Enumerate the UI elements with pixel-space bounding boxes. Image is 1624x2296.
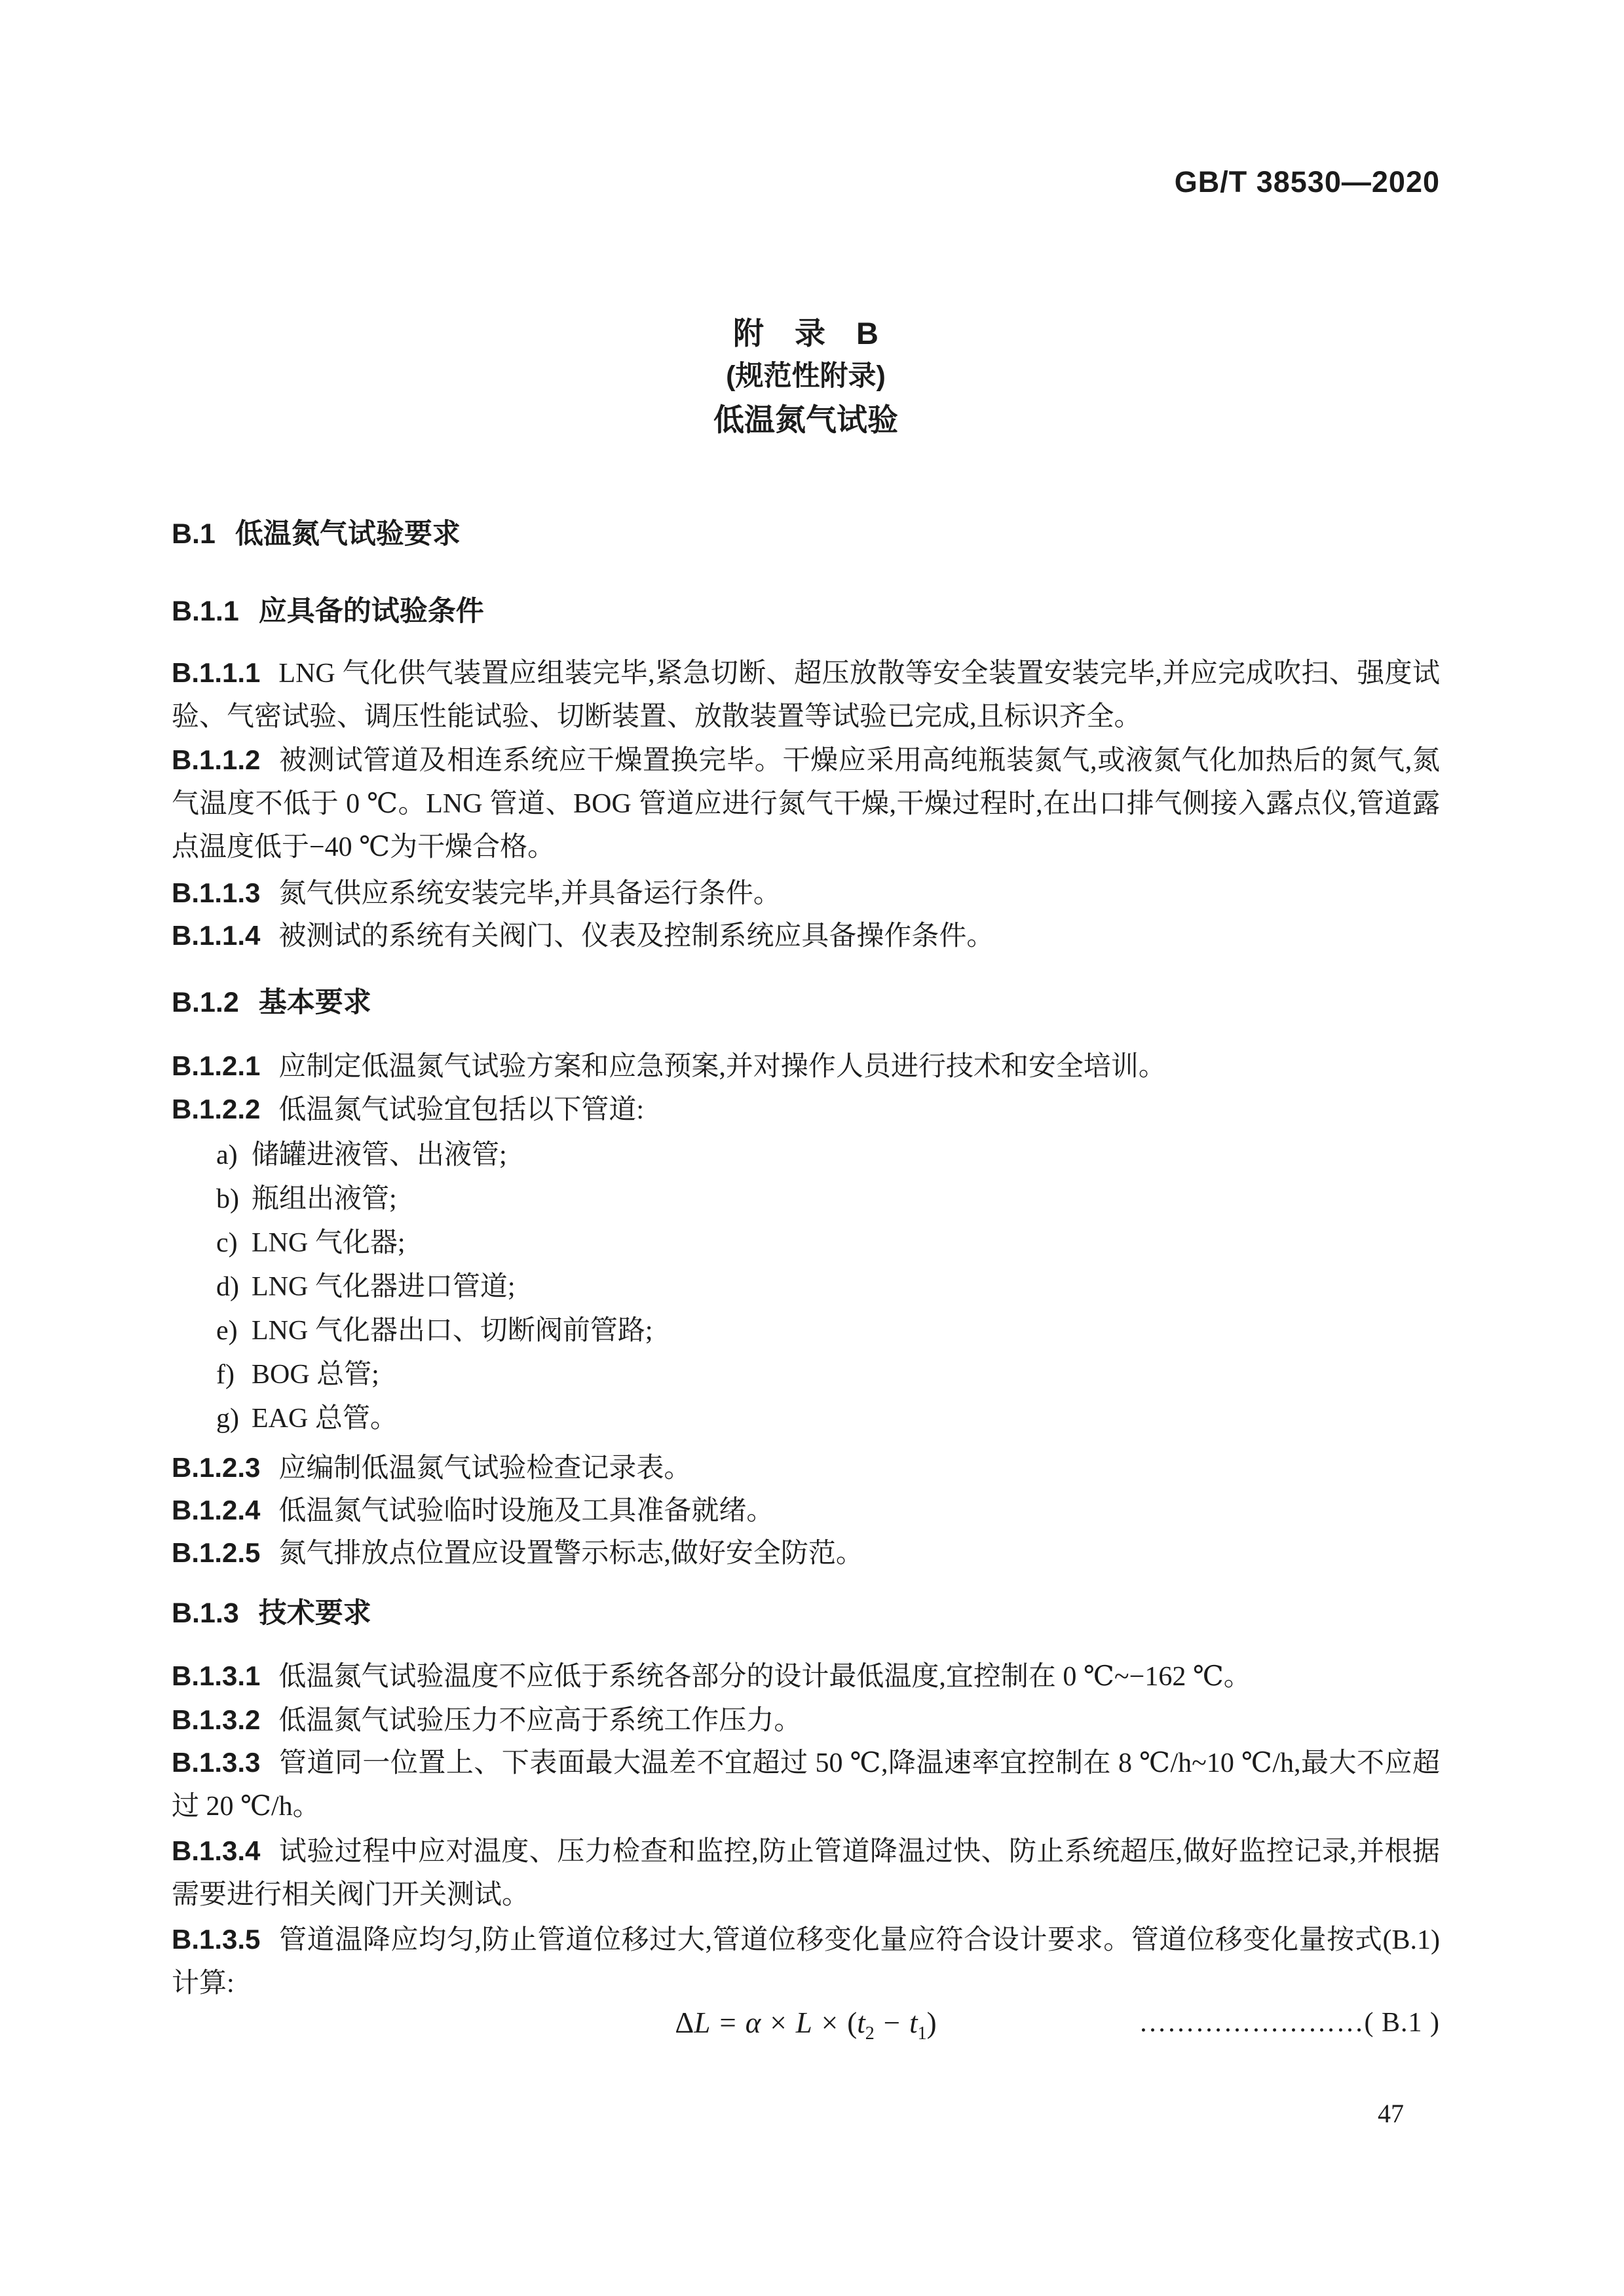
clause-number: B.1.2.2 bbox=[172, 1094, 260, 1124]
clause-number: B.1.3.5 bbox=[172, 1924, 260, 1955]
standard-number-header: GB/T 38530—2020 bbox=[172, 165, 1440, 199]
list-marker: g) bbox=[216, 1397, 241, 1441]
list-item: c)LNG 气化器; bbox=[172, 1221, 1440, 1265]
list-item: g)EAG 总管。 bbox=[172, 1397, 1440, 1441]
clause-text: 氮气排放点位置应设置警示标志,做好安全防范。 bbox=[278, 1539, 863, 1569]
clause-text: 试验过程中应对温度、压力检查和监控,防止管道降温过快、防止系统超压,做好监控记录… bbox=[172, 1837, 1440, 1910]
clause-b122: B.1.2.2低温氮气试验宜包括以下管道: bbox=[172, 1088, 1440, 1132]
clause-number: B.1.3.1 bbox=[172, 1660, 260, 1691]
list-item: d)LNG 气化器进口管道; bbox=[172, 1265, 1440, 1309]
clause-number: B.1.3.3 bbox=[172, 1747, 260, 1778]
section-number: B.1.2 bbox=[172, 987, 239, 1018]
variable-t1: t bbox=[909, 2006, 918, 2039]
clause-text: 应编制低温氮气试验检查记录表。 bbox=[278, 1453, 691, 1483]
list-item-text: LNG 气化器出口、切断阀前管路; bbox=[252, 1316, 653, 1346]
clause-b133: B.1.3.3管道同一位置上、下表面最大温差不宜超过 50 ℃,降温速率宜控制在… bbox=[172, 1741, 1440, 1828]
equation-b1-row: ΔL=α×L×(t2−t1) ……………………( B.1 ) bbox=[172, 2000, 1440, 2046]
list-marker: d) bbox=[216, 1265, 241, 1309]
list-item: b)瓶组出液管; bbox=[172, 1177, 1440, 1221]
equals-sign: = bbox=[719, 2006, 736, 2039]
clause-text: 低温氮气试验压力不应高于系统工作压力。 bbox=[278, 1706, 801, 1736]
variable-t2: t bbox=[857, 2006, 865, 2039]
clause-b135: B.1.3.5管道温降应均匀,防止管道位移过大,管道位移变化量应符合设计要求。管… bbox=[172, 1918, 1440, 2005]
multiply-sign: × bbox=[821, 2006, 838, 2039]
section-heading-b1: B.1低温氮气试验要求 bbox=[172, 512, 1440, 556]
subscript-2: 2 bbox=[865, 2023, 875, 2044]
clause-number: B.1.3.4 bbox=[172, 1835, 260, 1866]
list-marker: a) bbox=[216, 1134, 241, 1177]
section-heading-b13: B.1.3技术要求 bbox=[172, 1592, 1440, 1635]
clause-b134: B.1.3.4试验过程中应对温度、压力检查和监控,防止管道降温过快、防止系统超压… bbox=[172, 1829, 1440, 1917]
appendix-subtitle: (规范性附录) bbox=[172, 354, 1440, 394]
appendix-name: 低温氮气试验 bbox=[172, 396, 1440, 440]
clause-number: B.1.2.1 bbox=[172, 1050, 260, 1081]
clause-number: B.1.1.4 bbox=[172, 920, 260, 951]
delta-symbol: Δ bbox=[675, 2006, 694, 2039]
clause-b111: B.1.1.1LNG 气化供气装置应组装完毕,紧急切断、超压放散等安全装置安装完… bbox=[172, 651, 1440, 738]
variable-delta-L: L bbox=[694, 2006, 710, 2039]
section-title: 技术要求 bbox=[259, 1598, 371, 1629]
clause-number: B.1.1.3 bbox=[172, 877, 260, 908]
page-number: 47 bbox=[1348, 2094, 1433, 2133]
clause-number: B.1.2.3 bbox=[172, 1452, 260, 1483]
clause-b123: B.1.2.3应编制低温氮气试验检查记录表。 bbox=[172, 1446, 1440, 1490]
clause-text: LNG 气化供气装置应组装完毕,紧急切断、超压放散等安全装置安装完毕,并应完成吹… bbox=[172, 659, 1440, 732]
list-item: a)储罐进液管、出液管; bbox=[172, 1134, 1440, 1177]
subscript-1: 1 bbox=[918, 2023, 927, 2044]
list-item-text: LNG 气化器; bbox=[252, 1228, 406, 1258]
clause-b121: B.1.2.1应制定低温氮气试验方案和应急预案,并对操作人员进行技术和安全培训。 bbox=[172, 1044, 1440, 1088]
appendix-title: 附 录 B bbox=[172, 309, 1440, 353]
section-heading-b12: B.1.2基本要求 bbox=[172, 981, 1440, 1024]
multiply-sign: × bbox=[770, 2006, 786, 2039]
clause-b132: B.1.3.2低温氮气试验压力不应高于系统工作压力。 bbox=[172, 1698, 1440, 1742]
equation-label: ( B.1 ) bbox=[1365, 2008, 1441, 2038]
variable-alpha: α bbox=[746, 2006, 761, 2039]
clause-number: B.1.3.2 bbox=[172, 1704, 260, 1735]
section-heading-b11: B.1.1应具备的试验条件 bbox=[172, 590, 1440, 633]
list-item: f)BOG 总管; bbox=[172, 1353, 1440, 1397]
list-item-text: 瓶组出液管; bbox=[252, 1184, 397, 1214]
clause-number: B.1.2.4 bbox=[172, 1495, 260, 1525]
clause-text: 低温氮气试验临时设施及工具准备就绪。 bbox=[278, 1496, 774, 1526]
list-item-text: LNG 气化器进口管道; bbox=[252, 1272, 516, 1302]
clause-text: 低温氮气试验宜包括以下管道: bbox=[278, 1095, 644, 1125]
list-marker: b) bbox=[216, 1177, 241, 1221]
clause-text: 被测试管道及相连系统应干燥置换完毕。干燥应采用高纯瓶装氮气,或液氮气化加热后的氮… bbox=[172, 746, 1440, 862]
clause-b124: B.1.2.4低温氮气试验临时设施及工具准备就绪。 bbox=[172, 1489, 1440, 1533]
close-paren: ) bbox=[927, 2006, 937, 2039]
clause-text: 管道温降应均匀,防止管道位移过大,管道位移变化量应符合设计要求。管道位移变化量按… bbox=[172, 1925, 1440, 1999]
section-title: 基本要求 bbox=[259, 987, 371, 1018]
clause-number: B.1.1.2 bbox=[172, 744, 260, 775]
open-paren: ( bbox=[847, 2006, 857, 2039]
section-title: 低温氮气试验要求 bbox=[235, 518, 461, 550]
equation-number: ……………………( B.1 ) bbox=[1139, 2000, 1441, 2046]
list-item-text: EAG 总管。 bbox=[252, 1404, 398, 1434]
clause-number: B.1.1.1 bbox=[172, 657, 260, 688]
section-number: B.1 bbox=[172, 518, 216, 550]
pipe-list: a)储罐进液管、出液管; b)瓶组出液管; c)LNG 气化器; d)LNG 气… bbox=[172, 1134, 1440, 1441]
section-number: B.1.3 bbox=[172, 1598, 239, 1629]
clause-text: 应制定低温氮气试验方案和应急预案,并对操作人员进行技术和安全培训。 bbox=[278, 1052, 1166, 1082]
document-page: GB/T 38530—2020 附 录 B (规范性附录) 低温氮气试验 B.1… bbox=[0, 0, 1624, 2296]
dot-leader: …………………… bbox=[1139, 2008, 1365, 2038]
section-title: 应具备的试验条件 bbox=[259, 596, 484, 627]
clause-b131: B.1.3.1低温氮气试验温度不应低于系统各部分的设计最低温度,宜控制在 0 ℃… bbox=[172, 1655, 1440, 1698]
clause-number: B.1.2.5 bbox=[172, 1537, 260, 1568]
clause-b114: B.1.1.4被测试的系统有关阀门、仪表及控制系统应具备操作条件。 bbox=[172, 914, 1440, 958]
clause-b113: B.1.1.3氮气供应系统安装完毕,并具备运行条件。 bbox=[172, 871, 1440, 915]
list-item-text: 储罐进液管、出液管; bbox=[252, 1140, 507, 1170]
clause-text: 被测试的系统有关阀门、仪表及控制系统应具备操作条件。 bbox=[278, 921, 994, 951]
list-item-text: BOG 总管; bbox=[252, 1360, 379, 1390]
clause-b125: B.1.2.5氮气排放点位置应设置警示标志,做好安全防范。 bbox=[172, 1531, 1440, 1575]
clause-text: 氮气供应系统安装完毕,并具备运行条件。 bbox=[278, 879, 781, 909]
list-item: e)LNG 气化器出口、切断阀前管路; bbox=[172, 1309, 1440, 1353]
clause-text: 低温氮气试验温度不应低于系统各部分的设计最低温度,宜控制在 0 ℃~−162 ℃… bbox=[278, 1662, 1251, 1692]
minus-sign: − bbox=[884, 2006, 900, 2039]
list-marker: c) bbox=[216, 1221, 241, 1265]
clause-b112: B.1.1.2被测试管道及相连系统应干燥置换完毕。干燥应采用高纯瓶装氮气,或液氮… bbox=[172, 738, 1440, 869]
list-marker: f) bbox=[216, 1353, 241, 1397]
clause-text: 管道同一位置上、下表面最大温差不宜超过 50 ℃,降温速率宜控制在 8 ℃/h~… bbox=[172, 1748, 1440, 1822]
list-marker: e) bbox=[216, 1309, 241, 1353]
variable-L: L bbox=[796, 2006, 812, 2039]
section-number: B.1.1 bbox=[172, 596, 239, 627]
